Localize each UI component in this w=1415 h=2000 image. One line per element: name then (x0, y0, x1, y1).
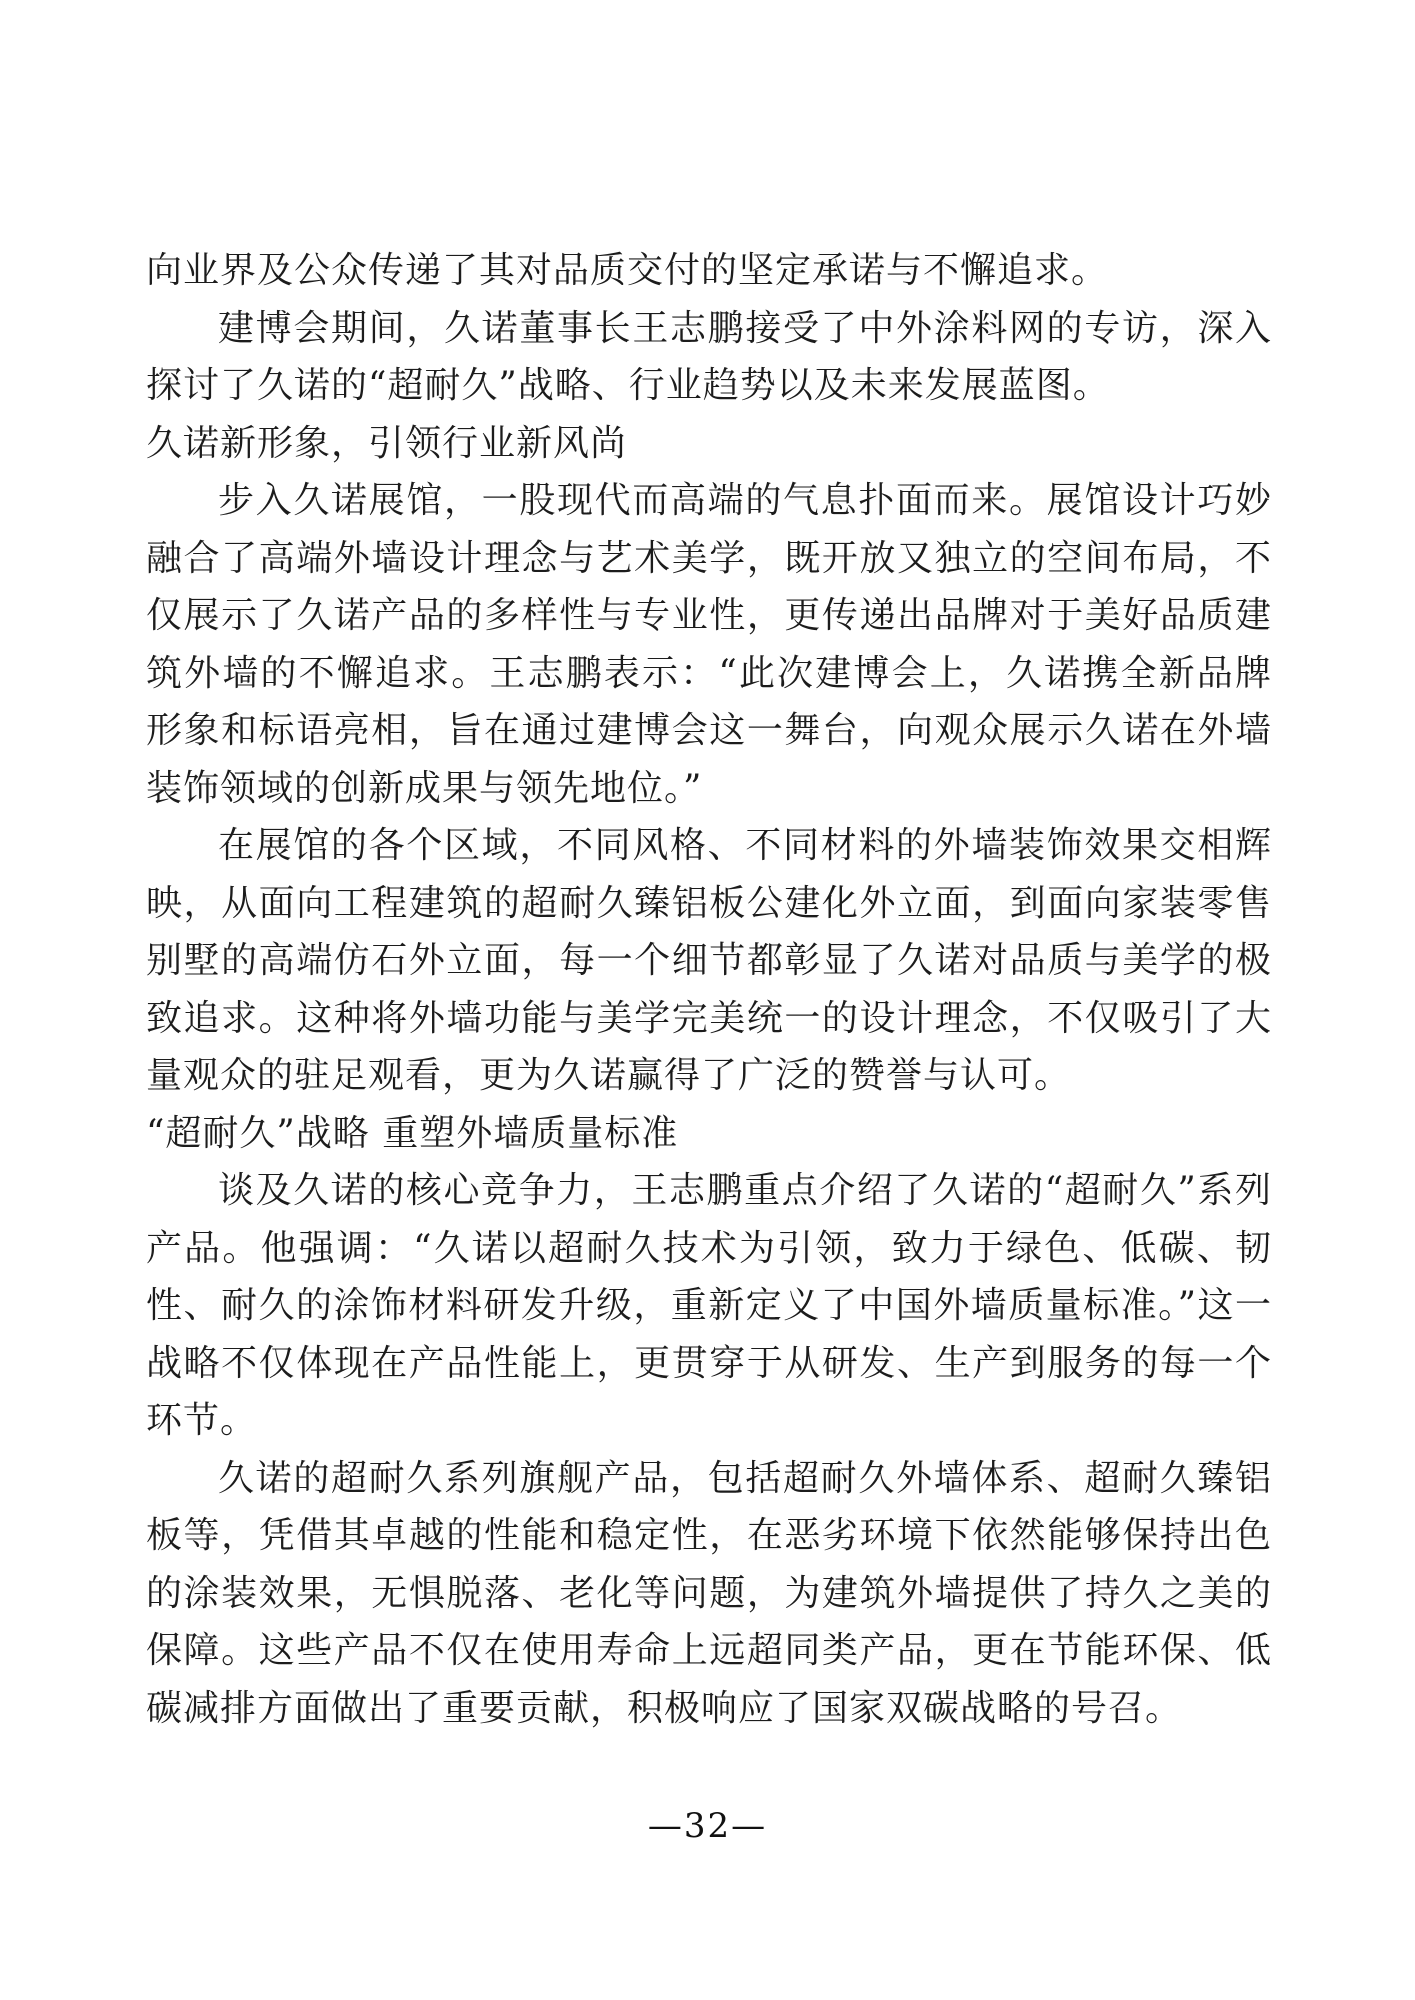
paragraph-flagship-products: 久诺的超耐久系列旗舰产品，包括超耐久外墙体系、超耐久臻铝板等，凭借其卓越的性能和… (146, 1450, 1272, 1738)
section-heading-durability-strategy: “超耐久”战略 重塑外墙质量标准 (146, 1105, 1272, 1163)
paragraph-exhibition-hall: 步入久诺展馆，一股现代而高端的气息扑面而来。展馆设计巧妙融合了高端外墙设计理念与… (146, 472, 1272, 817)
paragraph-core-competitiveness: 谈及久诺的核心竞争力，王志鹏重点介绍了久诺的“超耐久”系列产品。他强调：“久诺以… (146, 1162, 1272, 1450)
paragraph-exhibition-zones: 在展馆的各个区域，不同风格、不同材料的外墙装饰效果交相辉映，从面向工程建筑的超耐… (146, 817, 1272, 1105)
document-text-body: 向业界及公众传递了其对品质交付的坚定承诺与不懈追求。 建博会期间，久诺董事长王志… (146, 242, 1272, 1737)
page-number: —32— (0, 1804, 1415, 1848)
paragraph-interview-intro: 建博会期间，久诺董事长王志鹏接受了中外涂料网的专访，深入探讨了久诺的“超耐久”战… (146, 300, 1272, 415)
section-heading-brand-image: 久诺新形象，引领行业新风尚 (146, 415, 1272, 473)
paragraph-continuation: 向业界及公众传递了其对品质交付的坚定承诺与不懈追求。 (146, 242, 1272, 300)
document-page: 向业界及公众传递了其对品质交付的坚定承诺与不懈追求。 建博会期间，久诺董事长王志… (0, 0, 1415, 2000)
